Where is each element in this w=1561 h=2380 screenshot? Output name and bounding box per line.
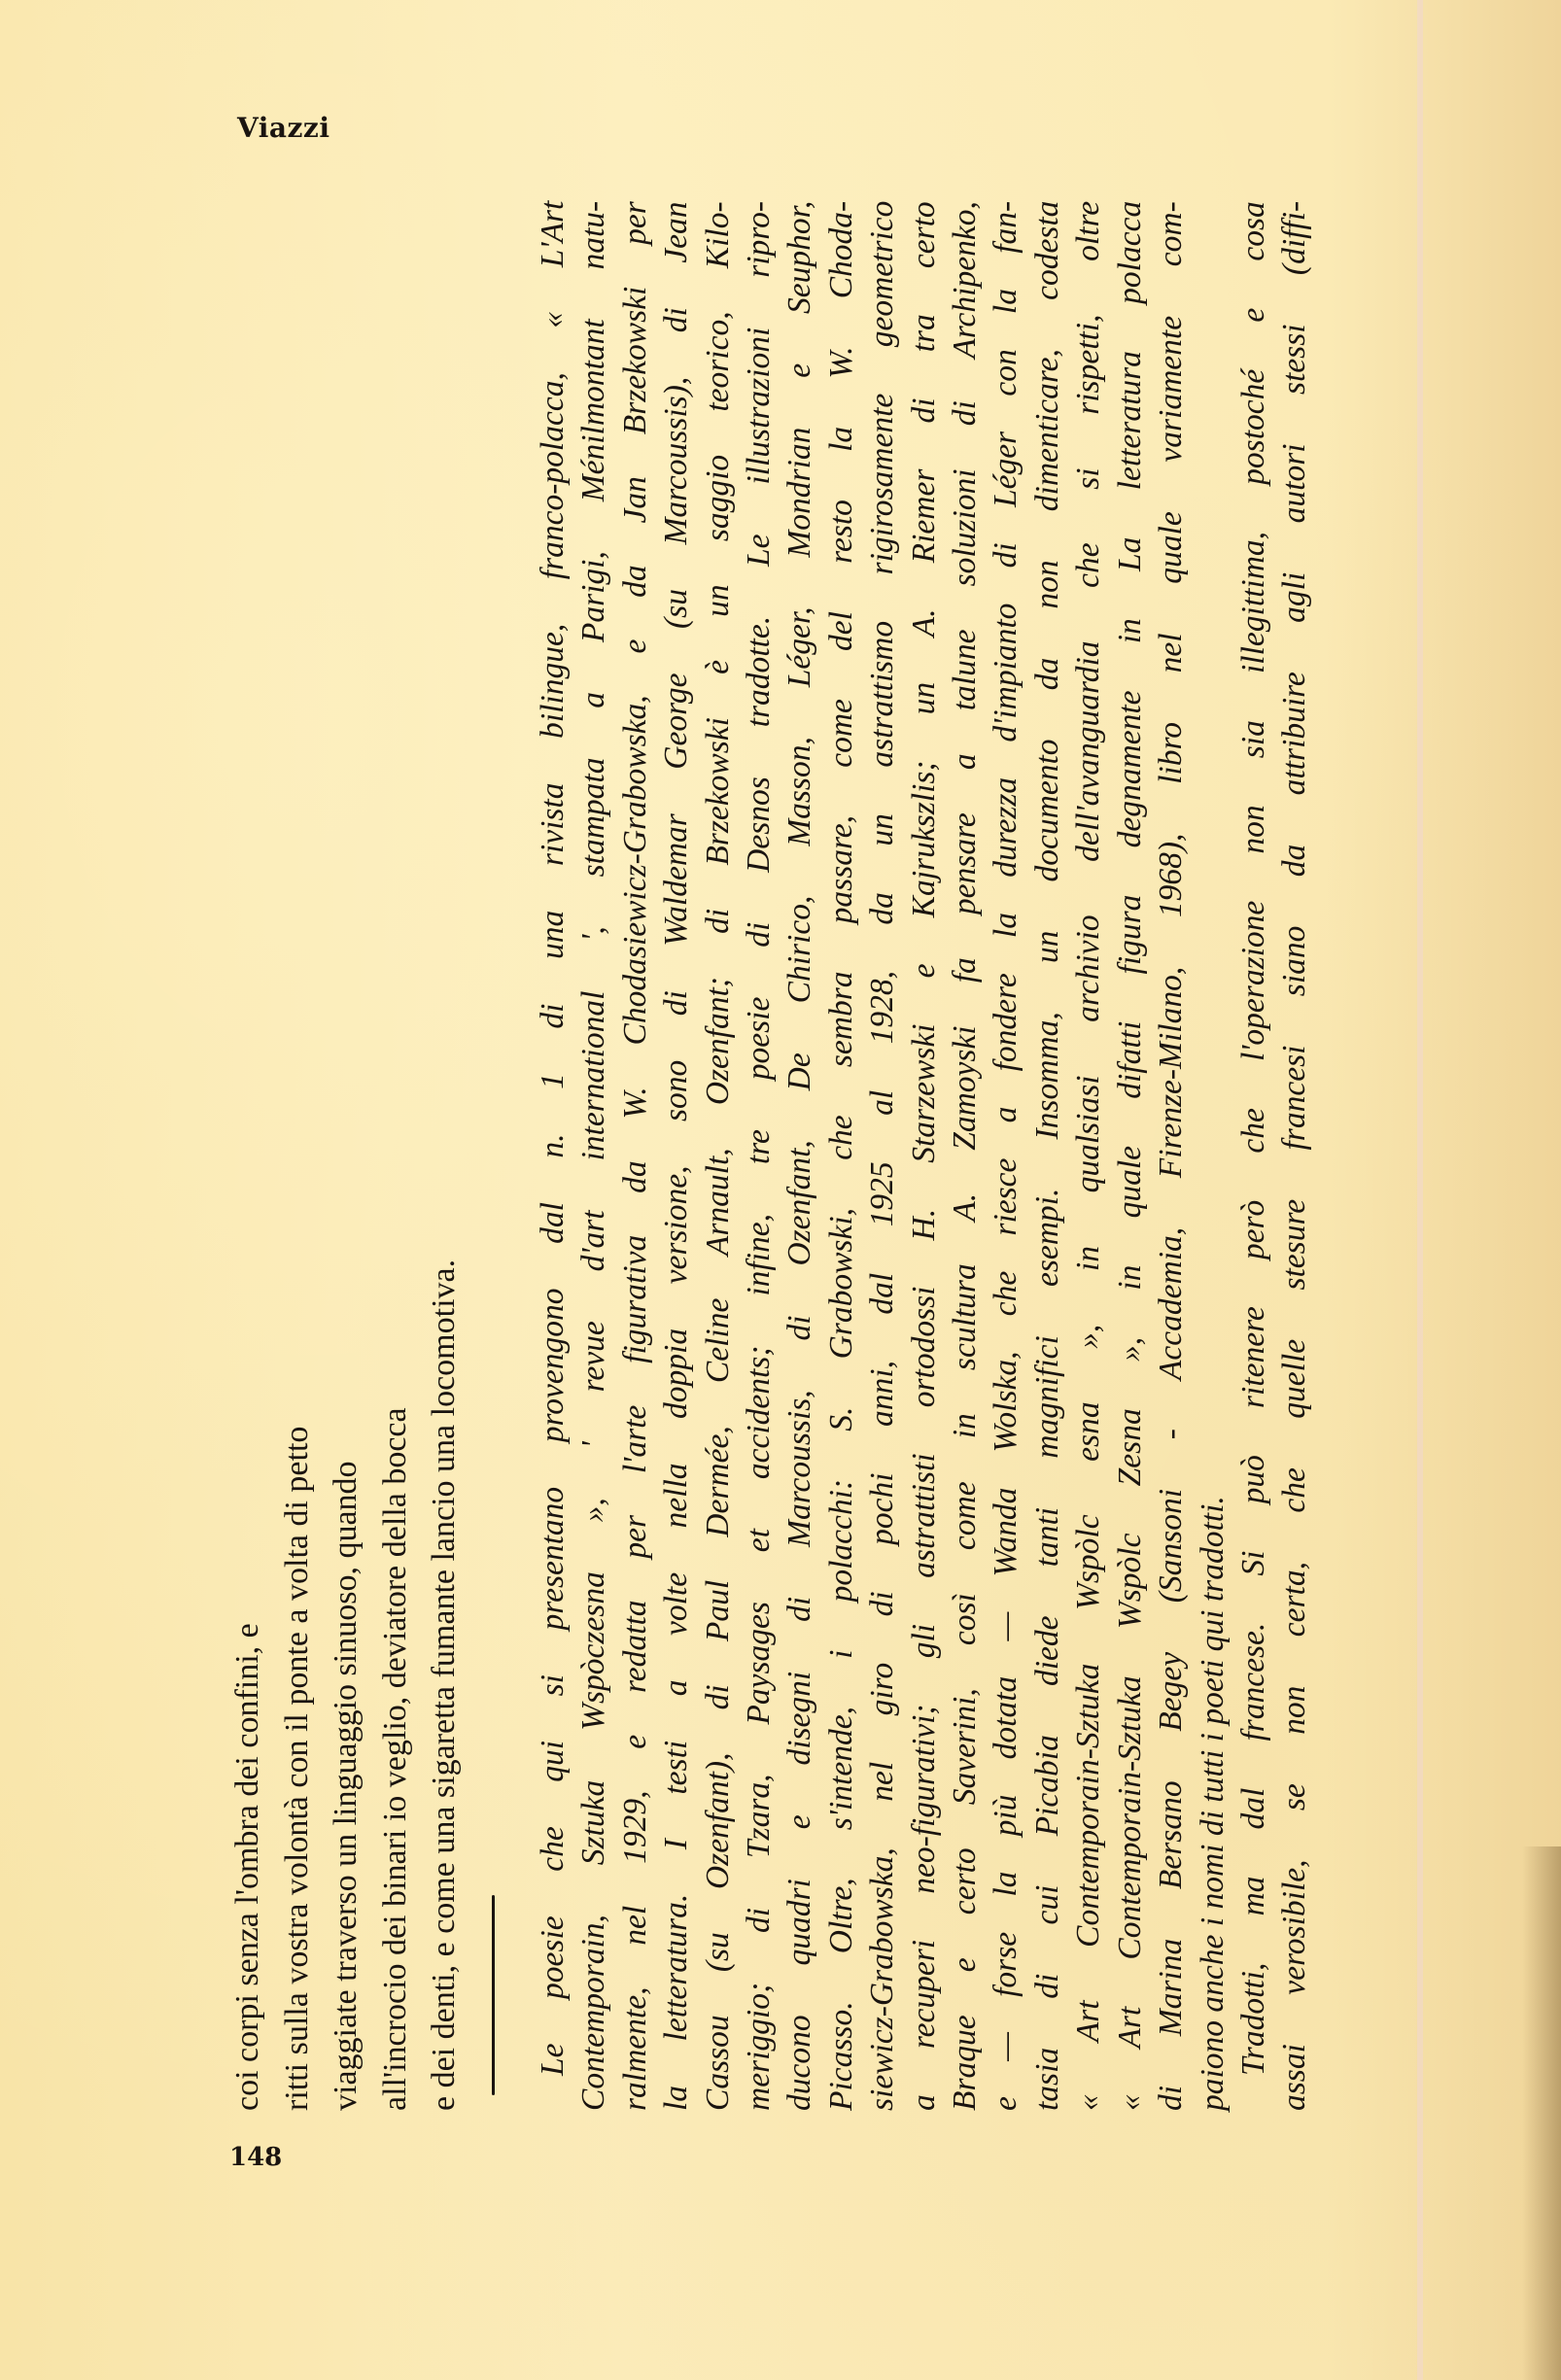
note-line: meriggio; di Tzara, Paysages et accident…: [739, 201, 780, 2111]
note-line: ducono quadri e disegni di Marcoussis, d…: [780, 201, 820, 2111]
editorial-note: Le poesie che qui si presentano provengo…: [533, 201, 1316, 2111]
poem-line: viaggiate traverso un linguaggio sinuoso…: [322, 196, 371, 2111]
note-line: Braque e certo Saverini, così come in sc…: [945, 201, 986, 2111]
note-line: Picasso. Oltre, s'intende, i polacchi: S…: [821, 201, 862, 2111]
page-edge-shadow: [1522, 1846, 1561, 2380]
page-fold-line: [1417, 0, 1423, 2380]
note-line: assai verosibile, se non certa, che quel…: [1274, 201, 1315, 2111]
section-divider: [492, 1895, 495, 2095]
note-line: Cassou (su Ozenfant), di Paul Dermée, Ce…: [698, 201, 739, 2111]
rotated-text-block: coi corpi senza l'ombra dei confini, e r…: [224, 196, 1351, 2111]
note-line: Le poesie che qui si presentano provengo…: [533, 201, 573, 2111]
poem-line: all'incrocio dei binari io veglio, devia…: [371, 196, 421, 2111]
note-line: la letteratura. I testi a volte nella do…: [656, 201, 697, 2111]
note-line: a recuperi neo-figurativi; gli astrattis…: [904, 201, 945, 2111]
note-line: « Art Contemporain-Sztuka Wspòlc Zesna »…: [1110, 201, 1151, 2111]
page-number: 148: [229, 2143, 282, 2172]
running-head: Viazzi: [237, 112, 330, 144]
note-line: « Art Contemporain-Sztuka Wspòlc esna »,…: [1068, 201, 1109, 2111]
note-line: e — forse la più dotata — Wanda Wolska, …: [986, 201, 1026, 2111]
poem-line: ritti sulla vostra volontà con il ponte …: [273, 196, 323, 2111]
poem-line: e dei denti, e come una sigaretta fumant…: [420, 196, 469, 2111]
poem-line: coi corpi senza l'ombra dei confini, e: [224, 196, 273, 2111]
note-line: siewicz-Grabowska, nel giro di pochi ann…: [862, 201, 903, 2111]
note-line: di Marina Bersano Begey (Sansoni - Accad…: [1151, 201, 1192, 2111]
note-line: tasia di cui Picabia diede tanti magnifi…: [1027, 201, 1068, 2111]
note-line: paiono anche i nomi di tutti i poeti qui…: [1193, 201, 1233, 2111]
poem-excerpt: coi corpi senza l'ombra dei confini, e r…: [224, 196, 469, 2111]
note-line: Tradotti, ma dal francese. Si può ritene…: [1233, 201, 1274, 2111]
note-line: ralmente, nel 1929, e redatta per l'arte…: [615, 201, 656, 2111]
note-line: Contemporain, Sztuka Wspòczesna », ' rev…: [573, 201, 614, 2111]
